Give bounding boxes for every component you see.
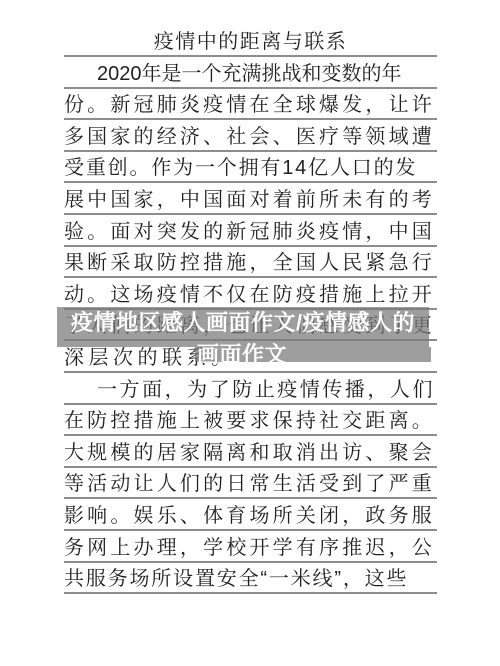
essay-line-text: 2020年是一个充满挑战和变数的年 [64,62,402,87]
essay-line: 受重创。作为一个拥有14亿人口的发 [64,153,437,183]
essay-line-text: 一方面，为了防止疫情传播，人们 [64,378,435,403]
essay-line: 果断采取防控措施，全国人民紧急行 [64,248,437,278]
essay-line-text: 大规模的居家隔离和取消出访、聚会 [64,441,435,466]
essay-line-text: 在防控措施上被要求保持社交距离。 [64,409,435,434]
essay-line-text: 展中国家，中国面对着前所未有的考 [64,188,435,213]
essay-line-text: 份。新冠肺炎疫情在全球爆发，让许 [64,93,435,118]
essay-line-text: 共服务场所设置安全“一米线”，这些 [64,567,408,592]
essay-line: 份。新冠肺炎疫情在全球爆发，让许 [64,90,437,120]
essay-line-text: 果断采取防控措施，全国人民紧急行 [64,251,435,276]
essay-line: 共服务场所设置安全“一米线”，这些 [64,564,437,594]
essay-line-text: 等活动让人们的日常生活受到了严重 [64,472,435,497]
watermark-text-line2: 画面作文 [197,338,287,369]
essay-line-text: 影响。娱乐、体育场所关闭，政务服 [64,504,435,529]
essay-line: 影响。娱乐、体育场所关闭，政务服 [64,501,437,531]
essay-line-text: 动。这场疫情不仅在防疫措施上拉开 [64,283,435,308]
essay-line: 等活动让人们的日常生活受到了严重 [64,469,437,499]
essay-line-text: 务网上办理，学校开学有序推迟，公 [64,536,435,561]
watermark-text-line1: 疫情地区感人画面作文/疫情感人的 [71,306,415,337]
essay-line: 大规模的居家隔离和取消出访、聚会 [64,438,437,468]
essay-line: 在防控措施上被要求保持社交距离。 [64,406,437,436]
essay-line: 多国家的经济、社会、医疗等领域遭 [64,122,437,152]
essay-line: 2020年是一个充满挑战和变数的年 [64,59,437,89]
essay-line: 一方面，为了防止疫情传播，人们 [64,375,437,405]
essay-title-row: 疫情中的距离与联系 [64,27,437,57]
essay-line-text: 多国家的经济、社会、医疗等领域遭 [64,125,435,150]
essay-line: 展中国家，中国面对着前所未有的考 [64,185,437,215]
essay-line: 验。面对突发的新冠肺炎疫情，中国 [64,217,437,247]
essay-title: 疫情中的距离与联系 [154,30,348,55]
essay-line-text: 受重创。作为一个拥有14亿人口的发 [64,156,417,181]
notebook-page: 疫情中的距离与联系 2020年是一个充满挑战和变数的年份。新冠肺炎疫情在全球爆发… [0,0,500,666]
essay-line-text: 验。面对突发的新冠肺炎疫情，中国 [64,220,435,245]
essay-line: 务网上办理，学校开学有序推迟，公 [64,533,437,563]
